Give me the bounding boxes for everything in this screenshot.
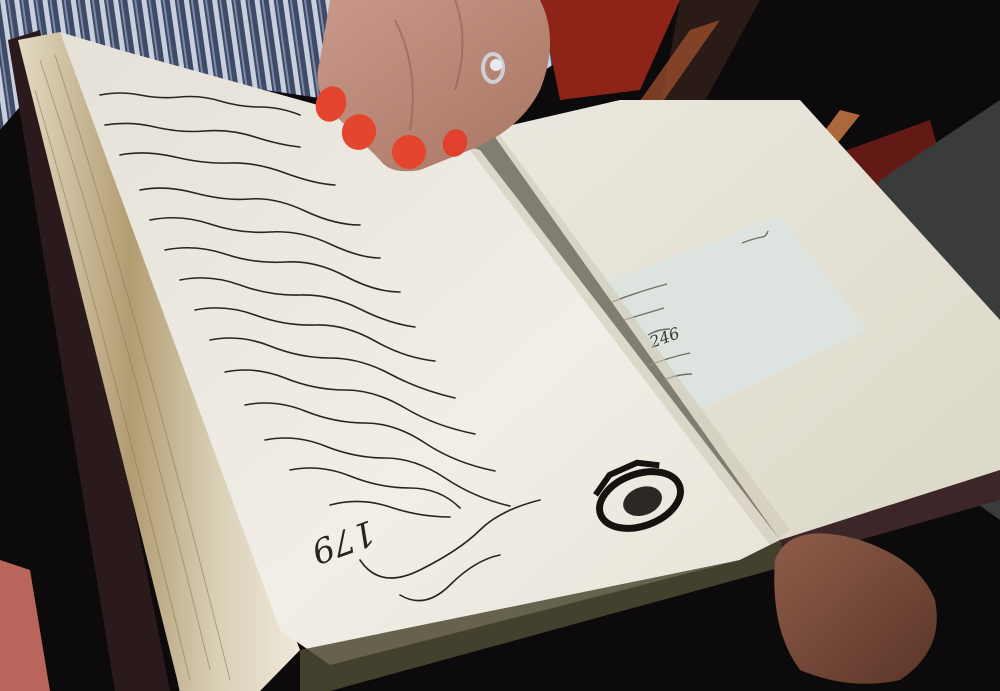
photo-scene: 246 179 [0,0,1000,691]
